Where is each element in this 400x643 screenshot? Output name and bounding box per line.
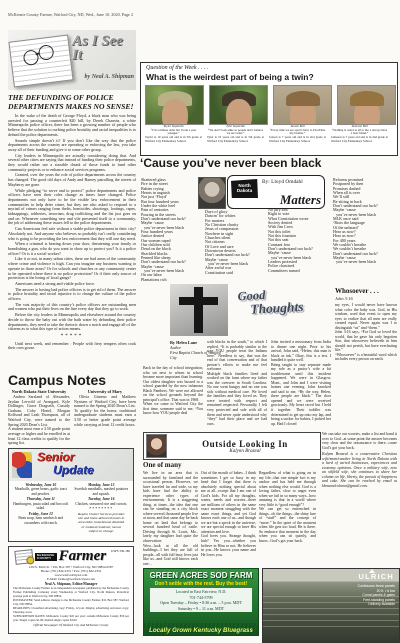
body-paragraph: Can Americans feel safe without a viable… <box>8 227 136 241</box>
green-acres-ad: GREEN ACRES SOD FARM Don’t settle with t… <box>143 568 259 636</box>
brand-line: COUNTY <box>37 557 55 560</box>
body-paragraph: Sounds simple doesn’t it? If you don’t l… <box>8 139 136 153</box>
body-paragraph: When a criminal is beating down your doo… <box>8 242 136 256</box>
official-newspaper-line: Official Newspaper Of Watford City And M… <box>9 623 133 627</box>
column-logo-title: As I See It <box>72 34 134 63</box>
column-logo-byline: by Neal A. Shipman <box>64 74 134 80</box>
body-paragraph: Americans need a strong and viable polic… <box>8 282 136 287</box>
twin-caption: Jameson Bell “Nothing is weird at all to… <box>331 125 388 144</box>
as-i-see-it-logo: As I See It by Neal A. Shipman <box>8 30 136 90</box>
twin-caption: Taylor Izquierdo “I’m a minute older but… <box>145 125 202 144</box>
twin-caption: Tyler Izquierdo “We don’t look alike so … <box>207 125 264 144</box>
body-paragraph: The vast majority of this country’s poli… <box>8 303 136 312</box>
columnist-name: Kalynn Brazeal <box>170 449 320 454</box>
senior-update-box: Senior Update Wednesday, June 10 Meatbal… <box>8 448 134 542</box>
legal-text: The McKenzie County Farmer is an indepen… <box>9 587 133 622</box>
senior-note: Region Cluster Services provides site an… <box>73 512 131 533</box>
editorial-headline: THE DEFUNDING OF POLICE DEPARTMENTS MAKE… <box>8 94 136 112</box>
senior-logo-word: Update <box>53 463 94 477</box>
poem-column-3: No jury box Right to vote What Constitut… <box>268 208 336 273</box>
oli-column-4: We can take our worries, make a list and… <box>322 432 397 488</box>
poem-column-1: Shattered glass Fire in the street Babie… <box>141 178 201 282</box>
usps-number: USPS 336-180 <box>111 549 130 553</box>
column-subject-heading: One of many <box>143 461 182 469</box>
brazeal-photo <box>146 434 167 458</box>
oli-column-2: Out of the mouth of babes...I think some… <box>201 471 256 557</box>
twin-photo-tyler <box>209 85 268 125</box>
newspaper-bundle-icon <box>14 549 33 565</box>
email-line: E-Mail: farmer@watfordcitynd.com <box>9 577 133 581</box>
column-title: Outside Looking In <box>170 439 320 449</box>
hair-graphic <box>350 91 384 106</box>
senior-update-art <box>12 452 32 478</box>
legal-paragraph: SUBSCRIPTION RATES: McKenzie County $45 … <box>13 615 129 622</box>
ad-tagline: Don’t settle with the rest. Buy the best… <box>144 581 258 587</box>
menu-column: Wednesday, June 10 Meatballs, green bean… <box>12 483 70 533</box>
ad-info-panel: Located in East Fairview, N.D. 701-744-5… <box>150 588 252 612</box>
body-paragraph: Like it or not, in many urban cities, th… <box>8 257 136 281</box>
twin-photo-jaxson <box>273 85 332 125</box>
school-text: Andrea Sarsland of Alexander, Jaydan Ler… <box>8 395 70 446</box>
whosoever-column-1: Back in the day of school integration, w… <box>143 366 203 416</box>
menu-meal: Swedish meatballs, mashed potatoes and s… <box>73 487 131 496</box>
poem-column-4: Reforms promised Postponed by then Promi… <box>333 178 397 265</box>
author-name: By Helen Lane <box>170 340 197 345</box>
ulrich-brand: ULRICH <box>358 572 394 581</box>
masthead-box: USPS 336-180 McKENZIE COUNTY Farmer 129 … <box>8 546 134 634</box>
ad-hours: Saturday • 9 – 11 a.m. MDT <box>151 606 251 612</box>
campus-notes-body: North Dakota State University Andrea Sar… <box>8 390 136 446</box>
body-paragraph: Before the city leaders in Minneapolis a… <box>8 313 136 332</box>
twin-captions-row: Taylor Izquierdo “I’m a minute older but… <box>145 125 388 144</box>
body-paragraph: In the wake of the death of George Floyd… <box>8 114 136 138</box>
menu-column: Monday, June 15 Swedish meatballs, mashe… <box>73 483 131 533</box>
oli-tail-text: We can take our worries, make a list and… <box>322 432 397 450</box>
whosoever-column-2: with blacks in the south,” to which I re… <box>207 340 267 426</box>
ad-hours: Open Tuesday – Friday • 8:30 a.m. – 5 p.… <box>151 600 251 606</box>
body-paragraph: Granted, over the years the role of poli… <box>8 173 136 187</box>
eyeglasses-icon <box>21 48 40 67</box>
legal-paragraph: POSTMASTER: Send address changes to the … <box>13 599 129 606</box>
county-name-block: McKENZIE COUNTY <box>35 553 57 562</box>
ad-footer-slogan: Locally Grown Kentucky Bluegrass <box>144 627 258 634</box>
twin-photo-taylor <box>145 85 204 125</box>
cross-photo <box>170 284 228 336</box>
body-paragraph: City leaders in Minneapolis are actually… <box>8 154 136 173</box>
question-kicker: Question of the Week . . . . <box>146 65 209 71</box>
senior-logo-word: Senior <box>37 450 74 464</box>
school-text: Olivia Gimeno and Matthew Nystuen of Wat… <box>74 395 136 427</box>
menu-meal: Hamburgers, pasta salad and broccoli sal… <box>12 502 70 511</box>
north-dakota-state-shape: North Dakota <box>231 179 258 198</box>
face-graphic <box>226 99 252 125</box>
twin-bio: Jaxson is 7 years old and is in 2nd grad… <box>269 136 326 143</box>
whosoever-column-3: John invited a missionary from India to … <box>271 340 331 426</box>
senior-menu: Wednesday, June 10 Meatballs, green bean… <box>9 481 133 533</box>
twin-bio: Taylor is 10 years old and is in 5th gra… <box>145 136 202 143</box>
menu-meal: Bean soup, ham sandwich and cucumbers wi… <box>12 516 70 525</box>
whosoever-title: Whosoever . . . <box>335 287 397 295</box>
page-folio: McKenzie County Farmer, Watford City, ND… <box>8 12 133 17</box>
logo-frame: North Dakota By: Lloyd Omdahl Matters <box>227 175 325 209</box>
oli-column-3: Regardless of what is going on in my lif… <box>259 471 316 544</box>
ad-title: GREEN ACRES SOD FARM <box>144 571 258 580</box>
campus-notes-column: North Dakota State University Andrea Sar… <box>8 390 70 446</box>
legal-paragraph: DEADLINES: Classified advertising copy: … <box>13 607 129 614</box>
poem-headline: ‘Cause you’ve never been black <box>140 156 398 170</box>
logo-word: Thoughts <box>250 299 331 317</box>
closing-line: Until next week, and remember : People w… <box>8 342 136 351</box>
outside-looking-in-header: Outside Looking In Kalynn Brazeal <box>143 432 321 460</box>
matters-script: Matters <box>280 192 321 208</box>
senior-update-logo: Senior Update <box>9 449 133 481</box>
ulrich-fence-ad: ULRICH Continuous fence panels 20 ft. • … <box>262 568 400 643</box>
twin-photos-row <box>145 85 396 125</box>
cross-horizontal <box>179 297 218 305</box>
body-paragraph: The answer to having bad police officers… <box>8 288 136 302</box>
state-word: Dakota <box>237 189 252 194</box>
newspaper-page: McKenzie County Farmer, Watford City, ND… <box>0 0 400 643</box>
contact-lines: 129 N. Main St. • P.O. Box 587 • Watford… <box>9 565 133 581</box>
body-paragraph: While pledging “to serve and to protect”… <box>8 189 136 227</box>
campus-notes-column: University of Mary Olivia Gimeno and Mat… <box>74 390 136 446</box>
twin-bio: Jameson is 7 years old and is in 2nd gra… <box>331 136 388 143</box>
paper-name: Farmer <box>59 550 107 564</box>
good-thoughts-logo: Good Thoughts <box>237 286 330 318</box>
omdahl-photo <box>198 177 226 209</box>
twin-bio: Tyler is 10 years old and is in 5th grad… <box>207 136 264 143</box>
twin-photo-jameson <box>337 85 396 125</box>
poem-byline: By: Lloyd Omdahl <box>262 179 303 185</box>
campus-notes-headline: Campus Notes <box>8 372 106 388</box>
ad-bullet-lines: Continuous fence panels 20 ft. • 6 bar C… <box>358 584 395 607</box>
scripture-reference: John 3:16 <box>335 296 353 301</box>
legal-paragraph: The McKenzie County Farmer is an indepen… <box>13 587 129 598</box>
twin-caption: Jaxson Bell “Every time we are apart I h… <box>269 125 326 144</box>
oli-column-1: We live in an area that is surrounded by… <box>143 471 198 566</box>
question-of-week-box: Question of the Week . . . . What is the… <box>140 62 398 156</box>
poem-column-2: Days of glory Dancin’ for whites For mas… <box>205 210 265 275</box>
north-dakota-matters-logo: North Dakota By: Lloyd Omdahl Matters <box>198 175 324 208</box>
menu-meal: Meatballs, green beans, garlic toast and… <box>12 487 70 496</box>
question-headline: What is the weirdest part of being a twi… <box>146 72 314 82</box>
editorial-body: In the wake of the death of George Floyd… <box>8 114 136 352</box>
cross-vertical <box>194 287 203 333</box>
hair-graphic <box>286 91 320 106</box>
column-titles: Outside Looking In Kalynn Brazeal <box>170 439 320 454</box>
section-divider: ***** <box>8 334 136 340</box>
whosoever-column-4: my eyes, I would never have known what c… <box>335 303 397 362</box>
columnist-bio: Kalynn Brazeal is a conservative Christi… <box>322 452 397 488</box>
face-graphic <box>162 99 188 125</box>
